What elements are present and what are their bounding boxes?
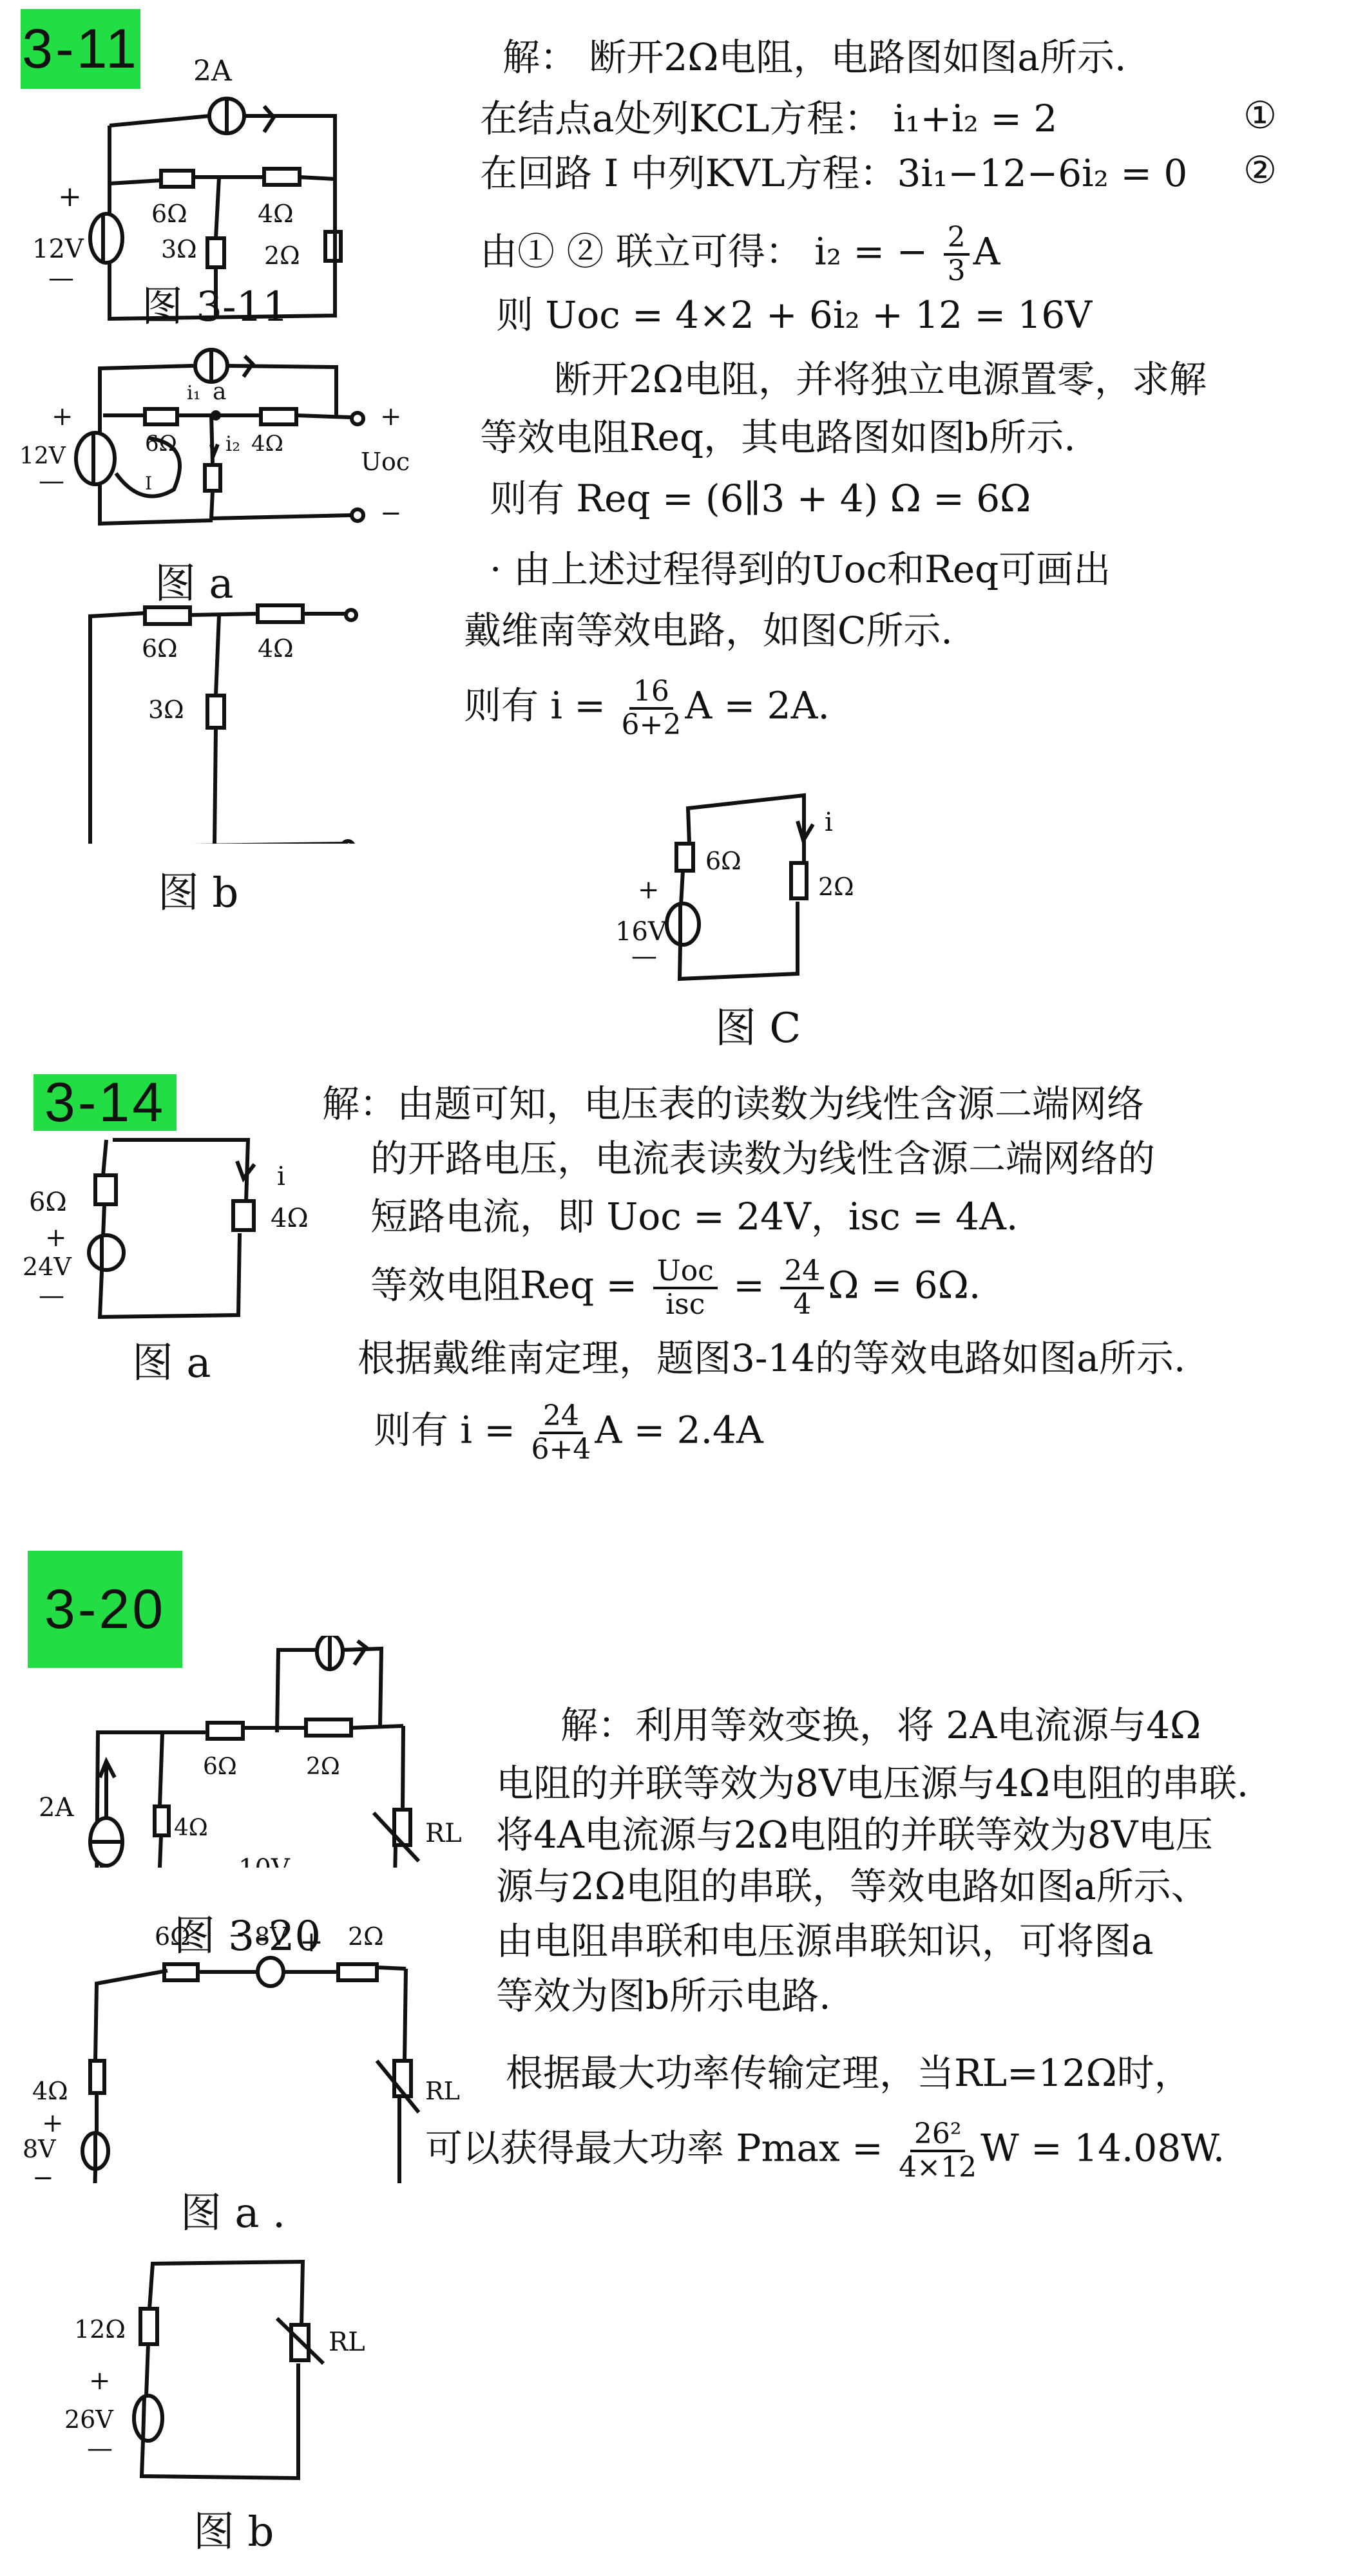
solution-line: 解： 断开2Ω电阻，电路图如图a所示. — [502, 39, 1126, 76]
solution-line: 可以获得最大功率 Pmax = 26²4×12W = 14.08W. — [425, 2119, 1225, 2184]
equation-mark-2: ② — [1243, 151, 1277, 189]
solution-line: 由① ② 联立可得： i₂ = − 23A — [480, 222, 1000, 287]
circuit-figure-a-3-20: 6Ω 8V − + 2Ω 4Ω RL + 8V − + 10V − — [0, 1906, 464, 2183]
svg-text:+: + — [300, 1926, 323, 1958]
svg-text:I: I — [145, 473, 152, 494]
svg-text:4Ω: 4Ω — [32, 2077, 68, 2105]
solution-line: 则有 Req = (6∥3 + 4) Ω = 6Ω — [490, 480, 1031, 517]
solution-line: 在回路 I 中列KVL方程：3i₁−12−6i₂ = 0 — [480, 155, 1187, 192]
equation-mark-1: ① — [1243, 97, 1277, 134]
fraction-i: 246+4 — [531, 1401, 591, 1466]
svg-text:i: i — [277, 1162, 285, 1191]
svg-text:10V: 10V — [238, 1854, 291, 1868]
svg-text:—: — — [48, 263, 74, 293]
svg-text:6Ω: 6Ω — [29, 1188, 67, 1217]
svg-text:RL: RL — [329, 2327, 365, 2357]
svg-text:a: a — [213, 379, 226, 405]
svg-text:8V: 8V — [254, 1922, 288, 1951]
svg-text:4Ω: 4Ω — [251, 431, 283, 457]
svg-text:2Ω: 2Ω — [348, 1922, 384, 1951]
solution-line: 电阻的并联等效为8V电压源与4Ω电阻的串联. — [496, 1765, 1248, 1802]
caption-fig-a-3-20: 图 a . — [180, 2180, 285, 2239]
svg-text:i₁: i₁ — [187, 382, 201, 404]
svg-text:+: + — [42, 2108, 64, 2138]
svg-text:−: − — [32, 2163, 54, 2183]
solution-line: 则有 i = 246+4A = 2.4A — [374, 1401, 763, 1466]
svg-text:6Ω: 6Ω — [145, 431, 177, 457]
svg-text:RL: RL — [425, 1819, 462, 1848]
solution-line: 的开路电压，电流表读数为线性含源二端网络的 — [370, 1140, 1155, 1177]
svg-text:i₂: i₂ — [225, 431, 240, 456]
svg-text:24V: 24V — [23, 1253, 72, 1281]
svg-text:+: + — [58, 180, 82, 213]
svg-text:−: − — [380, 498, 402, 528]
svg-text:Uoc: Uoc — [361, 448, 410, 476]
svg-text:—: — — [39, 466, 64, 496]
svg-text:2Ω: 2Ω — [264, 241, 300, 270]
solution-line: 则 Uoc = 4×2 + 6i₂ + 12 = 16V — [496, 296, 1092, 334]
svg-text:6Ω: 6Ω — [151, 200, 187, 228]
label-2a: 2A — [193, 55, 233, 88]
solution-line: 等效电阻Req，其电路图如图b所示. — [480, 419, 1076, 456]
solution-line: 等效电阻Req = Uocisc = 244Ω = 6Ω. — [370, 1256, 980, 1321]
svg-text:RL: RL — [425, 2077, 460, 2105]
svg-text:2Ω: 2Ω — [818, 873, 854, 901]
svg-text:4Ω: 4Ω — [258, 634, 294, 663]
solution-line: 等效为图b所示电路. — [496, 1977, 831, 2014]
caption-fig-b-3-11: 图 b — [158, 860, 238, 919]
svg-text:—: — — [39, 1281, 64, 1311]
solution-line: 在结点a处列KCL方程： i₁+i₂ = 2 — [480, 100, 1057, 137]
circuit-figure-b-3-11: 6Ω 4Ω 3Ω — [0, 599, 412, 844]
svg-text:+: + — [89, 2366, 111, 2396]
solution-line: 则有 i = 166+2A = 2A. — [464, 676, 830, 741]
svg-text:−: − — [229, 1924, 245, 1947]
svg-text:6Ω: 6Ω — [705, 847, 741, 875]
svg-text:+: + — [45, 1223, 67, 1253]
svg-text:12Ω: 12Ω — [74, 2315, 126, 2344]
solution-line: 根据戴维南定理，题图3-14的等效电路如图a所示. — [358, 1340, 1185, 1377]
fraction-req: Uocisc — [653, 1256, 718, 1321]
caption-fig-a-3-14: 图 a — [132, 1330, 211, 1389]
solution-line: 戴维南等效电路，如图C所示. — [464, 612, 953, 649]
solution-line: 断开2Ω电阻，并将独立电源置零，求解 — [554, 361, 1207, 398]
circuit-figure-a-3-14: i 4Ω 6Ω + 24V — — [0, 1133, 335, 1340]
svg-text:6Ω: 6Ω — [142, 634, 178, 663]
svg-text:6Ω: 6Ω — [155, 1922, 191, 1951]
svg-text:4Ω: 4Ω — [258, 200, 294, 228]
svg-text:4Ω: 4Ω — [174, 1815, 208, 1841]
svg-text:—: — — [631, 942, 657, 971]
fraction-i2: 23 — [944, 222, 970, 287]
svg-text:2A: 2A — [39, 1793, 74, 1823]
solution-line: 解：由题可知，电压表的读数为线性含源二端网络 — [322, 1085, 1144, 1122]
solution-line: 由电阻串联和电压源串联知识，可将图a — [496, 1922, 1154, 1960]
svg-text:3Ω: 3Ω — [161, 235, 197, 263]
solution-line: 源与2Ω电阻的串联，等效电路如图a所示、 — [496, 1868, 1209, 1905]
solution-line: 根据最大功率传输定理，当RL=12Ω时， — [506, 2054, 1192, 2092]
svg-text:—: — — [87, 2434, 113, 2463]
fraction-pmax: 26²4×12 — [899, 2119, 977, 2184]
svg-text:4Ω: 4Ω — [271, 1204, 309, 1233]
problem-tag-3-14: 3-14 — [33, 1074, 177, 1131]
svg-text:12V: 12V — [32, 234, 84, 264]
solution-line: 解：利用等效变换，将 2A电流源与4Ω — [560, 1707, 1201, 1744]
circuit-figure-3-20: 4A 2A 6Ω 2Ω 4Ω RL + 10V — — [0, 1636, 502, 1868]
svg-text:+: + — [638, 875, 660, 905]
svg-text:12V: 12V — [19, 443, 66, 469]
caption-fig-b-3-20: 图 b — [193, 2499, 274, 2558]
solution-line: 将4A电流源与2Ω电阻的并联等效为8V电压 — [496, 1816, 1213, 1853]
caption-fig-c-3-11: 图 C — [715, 995, 801, 1054]
svg-text:2Ω: 2Ω — [306, 1754, 340, 1780]
svg-text:8V: 8V — [23, 2135, 56, 2163]
circuit-figure-a-3-11: a i₁ i₂ 6Ω 4Ω I + 12V — + Uoc − — [0, 328, 412, 541]
svg-text:6Ω: 6Ω — [203, 1754, 237, 1780]
svg-text:+: + — [380, 402, 402, 431]
solution-line: 短路电流，即 Uoc = 24V，isc = 4A. — [370, 1198, 1018, 1235]
svg-text:—: — — [283, 1865, 314, 1868]
svg-text:26V: 26V — [64, 2405, 113, 2434]
svg-text:3Ω: 3Ω — [148, 696, 184, 724]
caption-fig-3-11: 图 3-11 — [142, 274, 289, 333]
svg-text:i: i — [825, 808, 833, 837]
solution-line: · 由上述过程得到的Uoc和Req可画出 — [490, 551, 1111, 588]
fraction-i: 166+2 — [621, 676, 681, 741]
fraction-req-value: 244 — [780, 1256, 824, 1321]
svg-text:+: + — [52, 402, 73, 431]
